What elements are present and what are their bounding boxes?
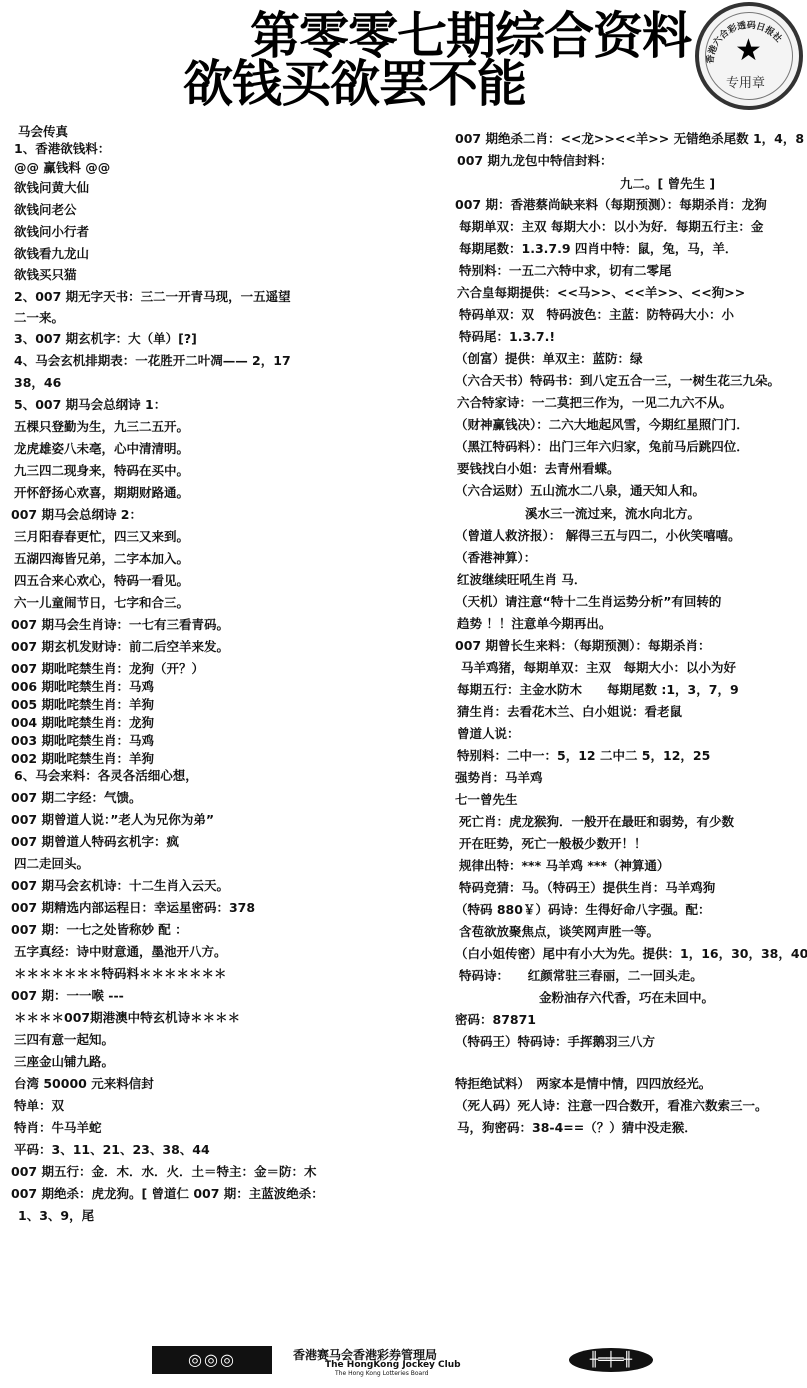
text-line: 007 期马会生肖诗：一七有三看青码。	[11, 617, 229, 633]
text-line: （特码 880￥）码诗：生得好命八字强。配：	[455, 902, 710, 918]
text-line: 溪水三一流过来，流水向北方。	[525, 506, 700, 522]
text-line: 欲钱问老公	[14, 202, 77, 218]
text-line: 002 期吡咤禁生肖：羊狗	[11, 751, 154, 767]
text-line: 007 期二字经：气馈。	[11, 790, 141, 806]
text-line: ＊＊＊＊＊＊＊特码料＊＊＊＊＊＊＊	[14, 966, 227, 982]
text-line: 007 期精选内部运程日：幸运星密码：378	[11, 900, 255, 916]
text-line: 007 期曾道人说：”老人为兄你为弟”	[11, 812, 214, 828]
text-line: 六合特家诗：一二莫把三作为，一见二九六不从。	[457, 395, 732, 411]
text-line: 九二。[ 曾先生 ]	[620, 176, 715, 192]
text-line: 猜生肖：去看花木兰、白小姐说：看老鼠	[457, 704, 682, 720]
text-line: （死人码）死人诗：注意一四合数开，看准六数索三一。	[455, 1098, 768, 1114]
text-line: 007 期吡咤禁生肖：龙狗（开？）	[11, 661, 204, 677]
text-line: （财神赢钱决）：二六大地起风雪，今期红星照门门．	[455, 417, 749, 433]
text-line: 九三四二现身来，特码在买中。	[14, 463, 189, 479]
text-line: 趋势 ！！注意单今期再出。	[457, 616, 611, 632]
text-line: 003 期吡咤禁生肖：马鸡	[11, 733, 154, 749]
text-line: 七一曾先生	[455, 792, 518, 808]
footer-org-en: The HongKong Jockey Club	[325, 1360, 461, 1370]
text-line: （创富）提供：单双主：蓝防：绿	[455, 351, 643, 367]
text-line: 007 期马会玄机诗：十二生肖入云天。	[11, 878, 229, 894]
text-line: ＊＊＊＊007期港澳中特玄机诗＊＊＊＊	[14, 1010, 240, 1026]
text-line: 马会传真	[18, 124, 68, 140]
text-line: 台湾 50000 元来料信封	[14, 1076, 154, 1092]
text-line: 四五合来心欢心，特码一看见。	[14, 573, 189, 589]
text-line: 007 期：香港蔡尚缺来料（每期预测）：每期杀肖：龙狗	[455, 197, 767, 213]
text-line: （黑江特码料）：出门三年六归家，兔前马后跳四位．	[455, 439, 749, 455]
text-line: 二一来。	[14, 310, 64, 326]
text-line: 007 期绝杀：虎龙狗。[ 曾道仁 007 期：主蓝波绝杀：	[11, 1186, 324, 1202]
text-line: 欲钱买只猫	[14, 267, 77, 283]
text-line: 3、007 期玄机字：大（单）[?]	[14, 331, 197, 347]
text-line: 四二走回头。	[14, 856, 89, 872]
text-line: 五湖四海皆兄弟，二字本加入。	[14, 551, 189, 567]
text-line: 007 期曾长生来料：（每期预测）：每期杀肖：	[455, 638, 710, 654]
text-line: 007 期五行：金．木．水．火．土＝特主：金＝防：木	[11, 1164, 316, 1180]
text-line: 38，46	[14, 375, 61, 391]
text-line: 005 期吡咤禁生肖：羊狗	[11, 697, 154, 713]
text-line: 特肖：牛马羊蛇	[14, 1120, 102, 1136]
text-line: 五棵只登勤为生，九三二五开。	[14, 419, 189, 435]
text-line: （六合天书）特码书：到八定五合一三，一树生花三九朵。	[455, 373, 780, 389]
text-line: 马，狗密码：38-4==（？）猜中没走猴．	[457, 1120, 697, 1136]
text-line: 六一儿童闹节日，七字和合三。	[14, 595, 189, 611]
text-line: （香港神算）：	[455, 550, 536, 566]
text-line: 开在旺势，死亡一般极少数开！！	[459, 836, 647, 852]
text-line: 六合皇每期提供：<<马>>、<<羊>>、<<狗>>	[457, 285, 745, 301]
text-line: 金粉油存六代香，巧在未回中。	[539, 990, 714, 1006]
seal-label: 专用章	[726, 72, 765, 91]
text-line: 欲钱问小行者	[14, 224, 89, 240]
text-line: 007 期九龙包中特信封料：	[457, 153, 612, 169]
text-line: 每期单双：主双 每期大小：以小为好．每期五行主：金	[459, 219, 763, 235]
text-line: 特码尾：1.3.7.!	[459, 329, 555, 345]
jockey-club-logo-icon: ◎◎◎	[152, 1346, 272, 1374]
lotteries-board-logo-icon: ╫═╪═╫	[569, 1348, 653, 1372]
text-line: 007 期：一七之处皆称妙 配 ：	[11, 922, 188, 938]
text-line: 特码单双：双 特码波色：主蓝：防特码大小：小	[459, 307, 734, 323]
text-line: 三座金山铺九路。	[14, 1054, 114, 1070]
text-line: （六合运财）五山流水二八泉，通天知人和。	[455, 483, 705, 499]
text-line: 1、香港欲钱料：	[14, 141, 110, 157]
text-line: 含苞欲放聚焦点，谈笑网声胜一等。	[459, 924, 659, 940]
text-line: 平码：3、11、21、23、38、44	[14, 1142, 210, 1158]
text-line: 特拒绝试料） 两家本是情中情，四四放经光。	[455, 1076, 711, 1092]
text-line: 规律出特：*** 马羊鸡 ***（神算通）	[459, 858, 669, 874]
footer: ◎◎◎ 香港赛马会香港彩券管理局 The HongKong Jockey Clu…	[0, 1342, 807, 1382]
text-line: @@ 赢钱料 @@	[14, 160, 110, 176]
text-line: 欲钱看九龙山	[14, 246, 89, 262]
text-line: 特码诗： 红颜常驻三春丽，二一回头走。	[459, 968, 703, 984]
text-line: 特码竞猜：马。（特码王）提供生肖：马羊鸡狗	[459, 880, 715, 896]
text-line: 死亡肖：虎龙猴狗．一般开在最旺和弱势，有少数	[459, 814, 734, 830]
text-line: 五字真经：诗中财意通，墨池开八方。	[14, 944, 227, 960]
official-seal-stamp: 香港六合彩透码日报社 ★ 专用章	[695, 2, 803, 110]
text-line: 007 期马会总纲诗 2：	[11, 507, 142, 523]
text-line: 4、马会玄机排期表：一花胜开二叶凋—— 2，17	[14, 353, 291, 369]
text-line: 6、马会来料：各灵各活细心想，	[14, 768, 198, 784]
page-subtitle: 欲钱买欲罢不能	[183, 56, 526, 112]
text-line: 特别料：一五二六特中求，切有二零尾	[459, 263, 672, 279]
text-line: 特单：双	[14, 1098, 64, 1114]
text-line: 强势肖：马羊鸡	[455, 770, 543, 786]
text-line: 三月阳春春更忙，四三又来到。	[14, 529, 189, 545]
text-line: 马羊鸡猪，每期单双：主双 每期大小：以小为好	[461, 660, 736, 676]
text-line: 007 期玄机发财诗：前二后空羊来发。	[11, 639, 229, 655]
text-line: 每期尾数：1.3.7.9 四肖中特：鼠，兔，马，羊．	[459, 241, 737, 257]
text-line: 龙虎雄姿八未亳，心中清清明。	[14, 441, 189, 457]
star-icon: ★	[735, 36, 762, 66]
text-line: 5、007 期马会总纲诗 1：	[14, 397, 166, 413]
text-line: （白小姐传密）尾中有小大为先。提供：1，16，30，38，40	[455, 946, 807, 962]
text-line: 红波继续旺吼生肖 马．	[457, 572, 586, 588]
text-line: 1、3、9，尾	[18, 1208, 94, 1224]
text-line: 开怀舒扬心欢喜，期期财路通。	[14, 485, 189, 501]
text-line: （曾道人救济报）： 解得三五与四二，小伙笑嘻嘻。	[455, 528, 741, 544]
text-line: 三四有意一起知。	[14, 1032, 114, 1048]
text-line: 007 期曾道人特码玄机字：疯	[11, 834, 179, 850]
text-line: 欲钱问黄大仙	[14, 180, 89, 196]
text-line: 要钱找白小姐：去青州看蝶。	[457, 461, 620, 477]
text-line: 特别料：二中一：5，12 二中二 5，12，25	[457, 748, 710, 764]
text-line: 每期五行：主金水防木 每期尾数 :1，3，7，9	[457, 682, 739, 698]
text-line: （特码王）特码诗：手挥鹅羽三八方	[455, 1034, 655, 1050]
text-line: （天机）请注意“特十二生肖运势分析”有回转的	[455, 594, 721, 610]
text-line: 2、007 期无字天书：三二一开青马现，一五遥望	[14, 289, 291, 305]
text-line: 007 期：一一喉 ---	[11, 988, 124, 1004]
text-line: 006 期吡咤禁生肖：马鸡	[11, 679, 154, 695]
text-line: 007 期绝杀二肖：<<龙>><<羊>> 无错绝杀尾数 1，4，8	[455, 131, 804, 147]
text-line: 曾道人说：	[457, 726, 520, 742]
text-line: 004 期吡咤禁生肖：龙狗	[11, 715, 154, 731]
footer-org-en-sub: The Hong Kong Lotteries Board	[335, 1370, 428, 1377]
text-line: 密码：87871	[455, 1012, 536, 1028]
